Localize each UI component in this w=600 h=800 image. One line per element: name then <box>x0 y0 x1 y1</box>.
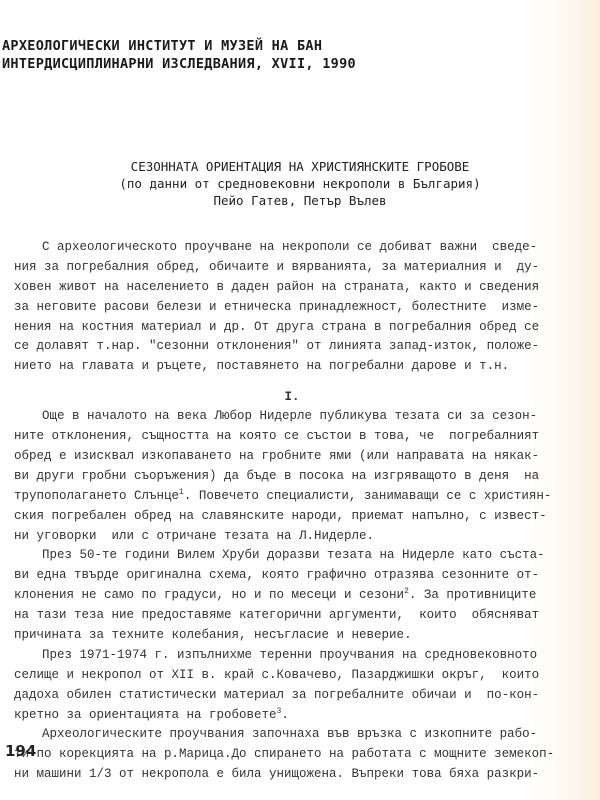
text-line: обред е изисквал изкопаването на гробнит… <box>14 447 570 467</box>
text-line: ни уговорки или с отричане тезата на Л.Н… <box>14 527 570 547</box>
page-number: 194 <box>5 742 36 760</box>
text-line: трупополагането Слънце1. Повечето специа… <box>14 487 570 507</box>
text-line: причината за техните колебания, несъглас… <box>14 626 570 646</box>
article-body: С археологическото проучване на некропол… <box>14 238 570 785</box>
text-line: ви една твърде оригинална схема, която г… <box>14 566 570 586</box>
section-number: I. <box>14 382 570 406</box>
article-authors: Пейо Гатев, Петър Вълев <box>0 192 600 209</box>
text-line: се долавят т.нар. "сезонни отклонения" о… <box>14 337 570 357</box>
text-line: ския погребален обред на славянските нар… <box>14 507 570 527</box>
journal-header: АРХЕОЛОГИЧЕСКИ ИНСТИТУТ И МУЗЕЙ НА БАН И… <box>2 37 356 73</box>
text-line: дадоха обилен статистически материал за … <box>14 686 570 706</box>
text-line: ни машини 1/3 от некропола е била унищож… <box>14 765 570 785</box>
text-line: През 50-те години Вилем Хруби доразви те… <box>14 546 570 566</box>
text-line: През 1971-1974 г. изпълнихме теренни про… <box>14 646 570 666</box>
text-line: ти по корекцията на р.Марица.До спиранет… <box>14 745 570 765</box>
article-title: СЕЗОННАТА ОРИЕНТАЦИЯ НА ХРИСТИЯНСКИТЕ ГР… <box>0 158 600 175</box>
text-line: ните отклонения, същността на която се с… <box>14 427 570 447</box>
text-line: ви други гробни съоръжения) да бъде в по… <box>14 467 570 487</box>
text-line: ния за погребалния обред, обичаите и вяр… <box>14 258 570 278</box>
article-title-block: СЕЗОННАТА ОРИЕНТАЦИЯ НА ХРИСТИЯНСКИТЕ ГР… <box>0 158 600 209</box>
text-line: Още в началото на века Любор Нидерле пуб… <box>14 407 570 427</box>
text-line: ховен живот на населението в даден район… <box>14 278 570 298</box>
journal-series: ИНТЕРДИСЦИПЛИНАРНИ ИЗСЛЕДВАНИЯ, XVII, 19… <box>2 55 356 73</box>
journal-publisher: АРХЕОЛОГИЧЕСКИ ИНСТИТУТ И МУЗЕЙ НА БАН <box>2 37 356 55</box>
text-line: нения на костния материал и др. От друга… <box>14 318 570 338</box>
text-line: нието на главата и ръцете, поставянето н… <box>14 357 570 377</box>
article-subtitle: (по данни от средновековни некрополи в Б… <box>0 175 600 192</box>
text-line: Археологическите проучвания започнаха въ… <box>14 725 570 745</box>
text-line: за неговите расови белези и етническа пр… <box>14 298 570 318</box>
text-line: селище и некропол от XII в. край с.Ковач… <box>14 666 570 686</box>
text-line: С археологическото проучване на некропол… <box>14 238 570 258</box>
text-line: кретно за ориентацията на гробовете3. <box>14 706 570 726</box>
text-line: клонения не само по градуси, но и по мес… <box>14 586 570 606</box>
text-line: на тази теза ние предоставяме категоричн… <box>14 606 570 626</box>
section-paragraphs: Още в началото на века Любор Нидерле пуб… <box>14 407 570 785</box>
intro-paragraph: С археологическото проучване на некропол… <box>14 238 570 377</box>
